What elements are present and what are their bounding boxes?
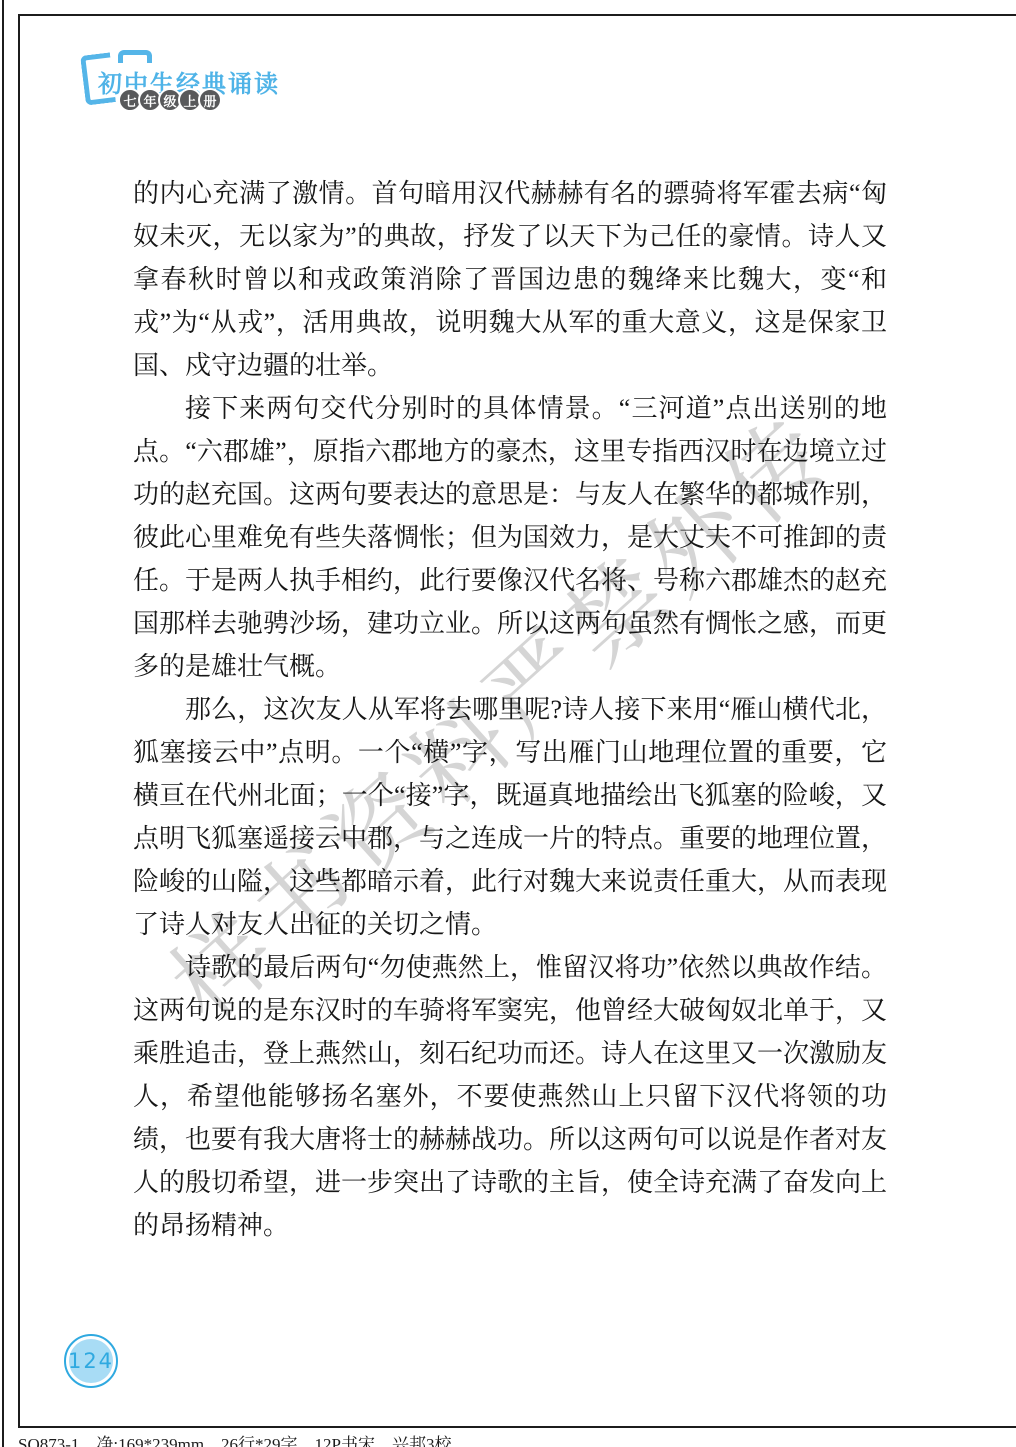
page-number-badge: 124 <box>64 1334 118 1388</box>
page-number: 124 <box>69 1339 113 1383</box>
printer-info: SQ873-1 净:169*239mm 26行*29字 12P书宋 兴邦3校 <box>18 1430 452 1447</box>
open-book-icon-top <box>118 50 152 63</box>
paragraph: 的内心充满了激情。首句暗用汉代赫赫有名的骠骑将军霍去病“匈奴未灭，无以家为”的典… <box>133 172 887 387</box>
grade-badge: 七 年 级 上 册 <box>122 88 222 112</box>
paragraph: 那么，这次友人从军将去哪里呢?诗人接下来用“雁山横代北，狐塞接云中”点明。一个“… <box>133 688 887 946</box>
paragraph: 接下来两句交代分别时的具体情景。“三河道”点出送别的地点。“六郡雄”，原指六郡地… <box>133 387 887 688</box>
paragraph: 诗歌的最后两句“勿使燕然上，惟留汉将功”依然以典故作结。这两句说的是东汉时的车骑… <box>133 946 887 1247</box>
textbook-page: 样书资料严禁外传 初中生经典诵读 七 年 级 上 册 的内心充满了激情。首句暗用… <box>0 0 1016 1447</box>
body-text: 的内心充满了激情。首句暗用汉代赫赫有名的骠骑将军霍去病“匈奴未灭，无以家为”的典… <box>133 172 887 1247</box>
grade-badge-char: 册 <box>198 88 222 112</box>
left-trim-mark <box>2 0 4 1447</box>
